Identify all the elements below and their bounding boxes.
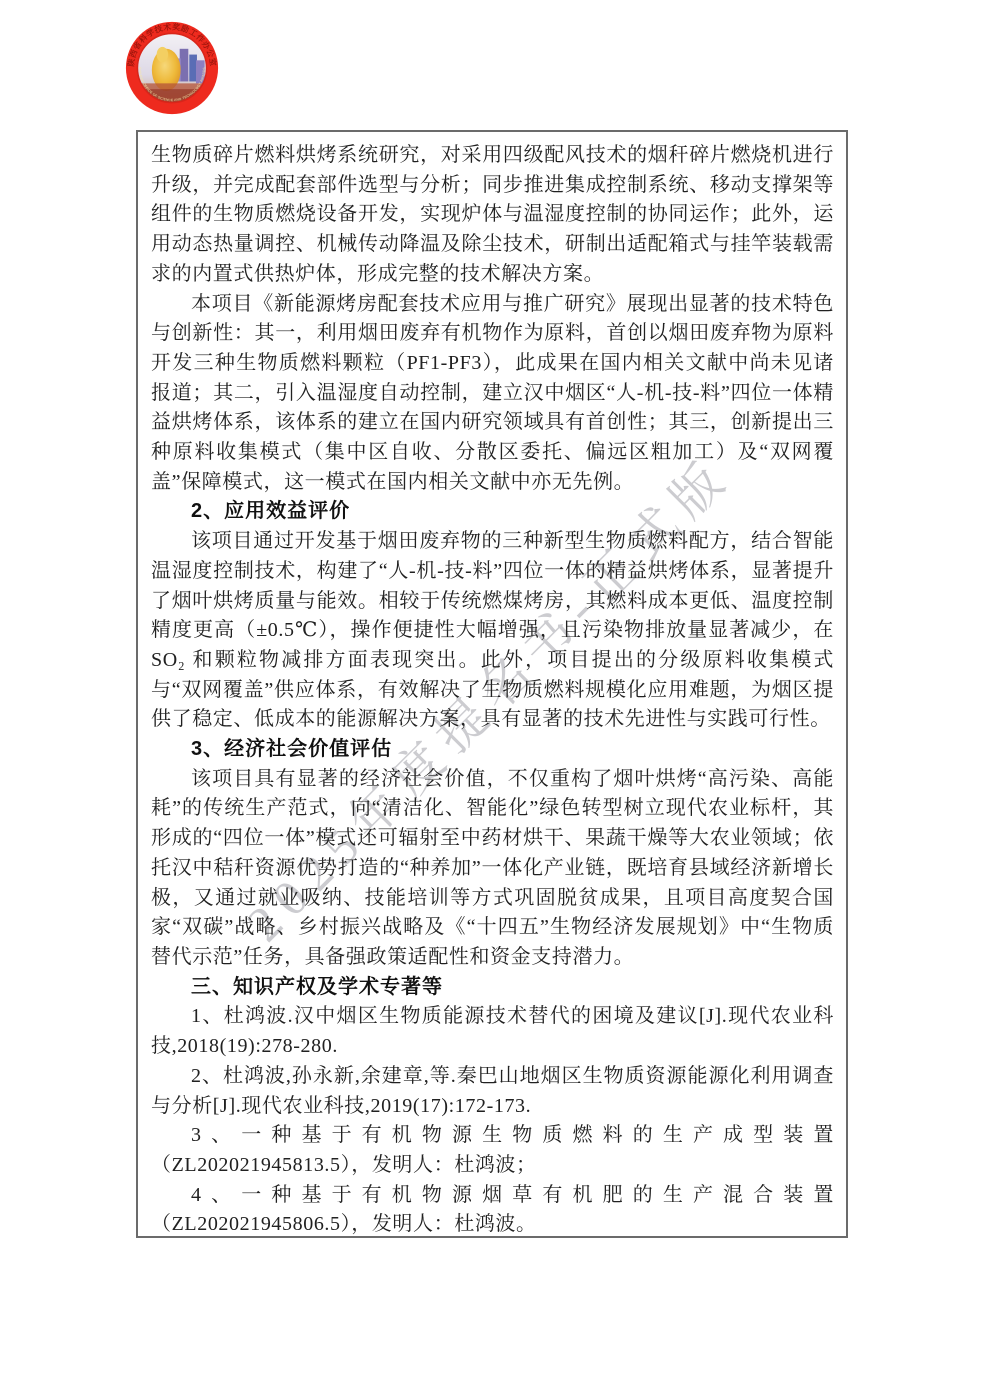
agency-seal-icon: 陕西省科学技术奖励工作办公室 SHAANXI OFFICE OF SCIENCE… bbox=[124, 20, 220, 116]
paragraph: 该项目通过开发基于烟田废弃物的三种新型生物质燃料配方，结合智能温湿度控制技术，构… bbox=[151, 527, 834, 735]
paragraph: 1、杜鸿波.汉中烟区生物质能源技术替代的困境及建议[J].现代农业科技,2018… bbox=[151, 1002, 834, 1061]
seal-graphic: 陕西省科学技术奖励工作办公室 SHAANXI OFFICE OF SCIENCE… bbox=[124, 20, 220, 116]
section-heading: 3、经济社会价值评估 bbox=[151, 735, 834, 765]
document-body: 生物质碎片燃料烘烤系统研究，对采用四级配风技术的烟秆碎片燃烧机进行升级，并完成配… bbox=[151, 141, 834, 1240]
paragraph: 3、一种基于有机物源生物质燃料的生产成型装置（ZL202021945813.5）… bbox=[151, 1121, 834, 1180]
paragraph: 该项目具有显著的经济社会价值，不仅重构了烟叶烘烤“高污染、高能耗”的传统生产范式… bbox=[151, 765, 834, 973]
paragraph: 生物质碎片燃料烘烤系统研究，对采用四级配风技术的烟秆碎片燃烧机进行升级，并完成配… bbox=[151, 141, 834, 290]
section-heading: 2、应用效益评价 bbox=[151, 497, 834, 527]
section-heading: 三、知识产权及学术专著等 bbox=[151, 973, 834, 1003]
paragraph: 本项目《新能源烤房配套技术应用与推广研究》展现出显著的技术特色与创新性：其一，利… bbox=[151, 290, 834, 498]
document-table-cell: 生物质碎片燃料烘烤系统研究，对采用四级配风技术的烟秆碎片燃烧机进行升级，并完成配… bbox=[136, 130, 848, 1238]
document-page: 陕西省科学技术奖励工作办公室 SHAANXI OFFICE OF SCIENCE… bbox=[0, 0, 990, 1399]
paragraph: 4、一种基于有机物源烟草有机肥的生产混合装置（ZL202021945806.5）… bbox=[151, 1181, 834, 1240]
paragraph: 2、杜鸿波,孙永新,余建章,等.秦巴山地烟区生物质资源能源化利用调查与分析[J]… bbox=[151, 1062, 834, 1121]
